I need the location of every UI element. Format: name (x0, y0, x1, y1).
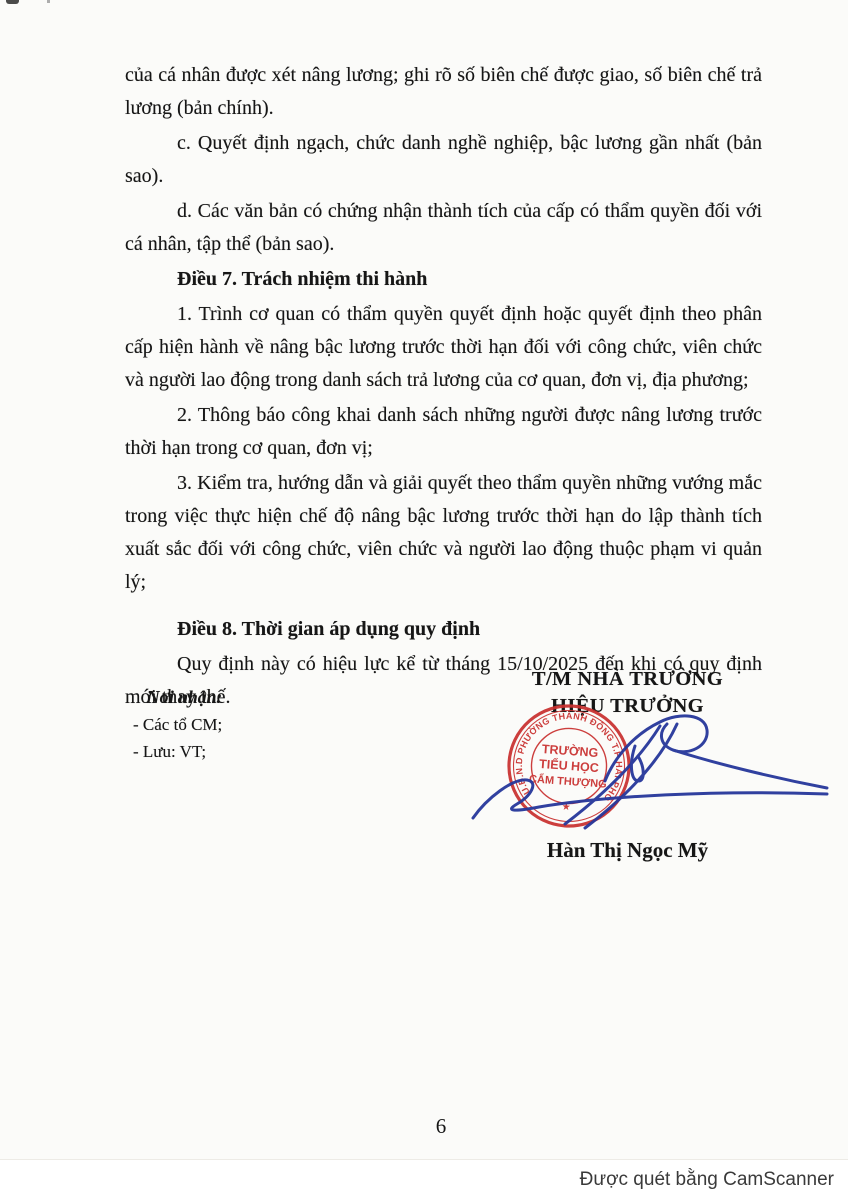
recipients-label: Nơi nhận: (147, 684, 222, 711)
recipients-section: Nơi nhận: - Các tổ CM; - Lưu: VT; (133, 684, 222, 765)
recipient-item: - Các tổ CM; (133, 711, 222, 738)
article7-item-1: 1. Trình cơ quan có thẩm quyền quyết địn… (125, 298, 762, 397)
scan-artifact (6, 0, 19, 4)
document-body: của cá nhân được xét nâng lương; ghi rõ … (125, 59, 762, 716)
camscanner-footer: Được quét bằng CamScanner (0, 1159, 848, 1200)
body-paragraph-continuation: của cá nhân được xét nâng lương; ghi rõ … (125, 59, 762, 125)
body-paragraph-c: c. Quyết định ngạch, chức danh nghề nghi… (125, 127, 762, 193)
signer-name: Hàn Thị Ngọc Mỹ (455, 838, 800, 863)
article8-heading: Điều 8. Thời gian áp dụng quy định (125, 613, 762, 646)
recipient-item: - Lưu: VT; (133, 738, 222, 765)
signature-section: T/M NHÀ TRƯỜNG HIỆU TRƯỞNG U.B.N.D PHƯỜN… (455, 666, 800, 881)
body-paragraph-d: d. Các văn bản có chứng nhận thành tích … (125, 195, 762, 261)
scanned-document-page: của cá nhân được xét nâng lương; ghi rõ … (0, 0, 848, 1200)
article7-heading: Điều 7. Trách nhiệm thi hành (125, 263, 762, 296)
article7-item-3: 3. Kiểm tra, hướng dẫn và giải quyết the… (125, 467, 762, 599)
scan-artifact (47, 0, 50, 3)
page-number: 6 (436, 1114, 447, 1139)
camscanner-note: Được quét bằng CamScanner (580, 1169, 834, 1191)
handwritten-signature (455, 666, 835, 826)
article7-item-2: 2. Thông báo công khai danh sách những n… (125, 399, 762, 465)
